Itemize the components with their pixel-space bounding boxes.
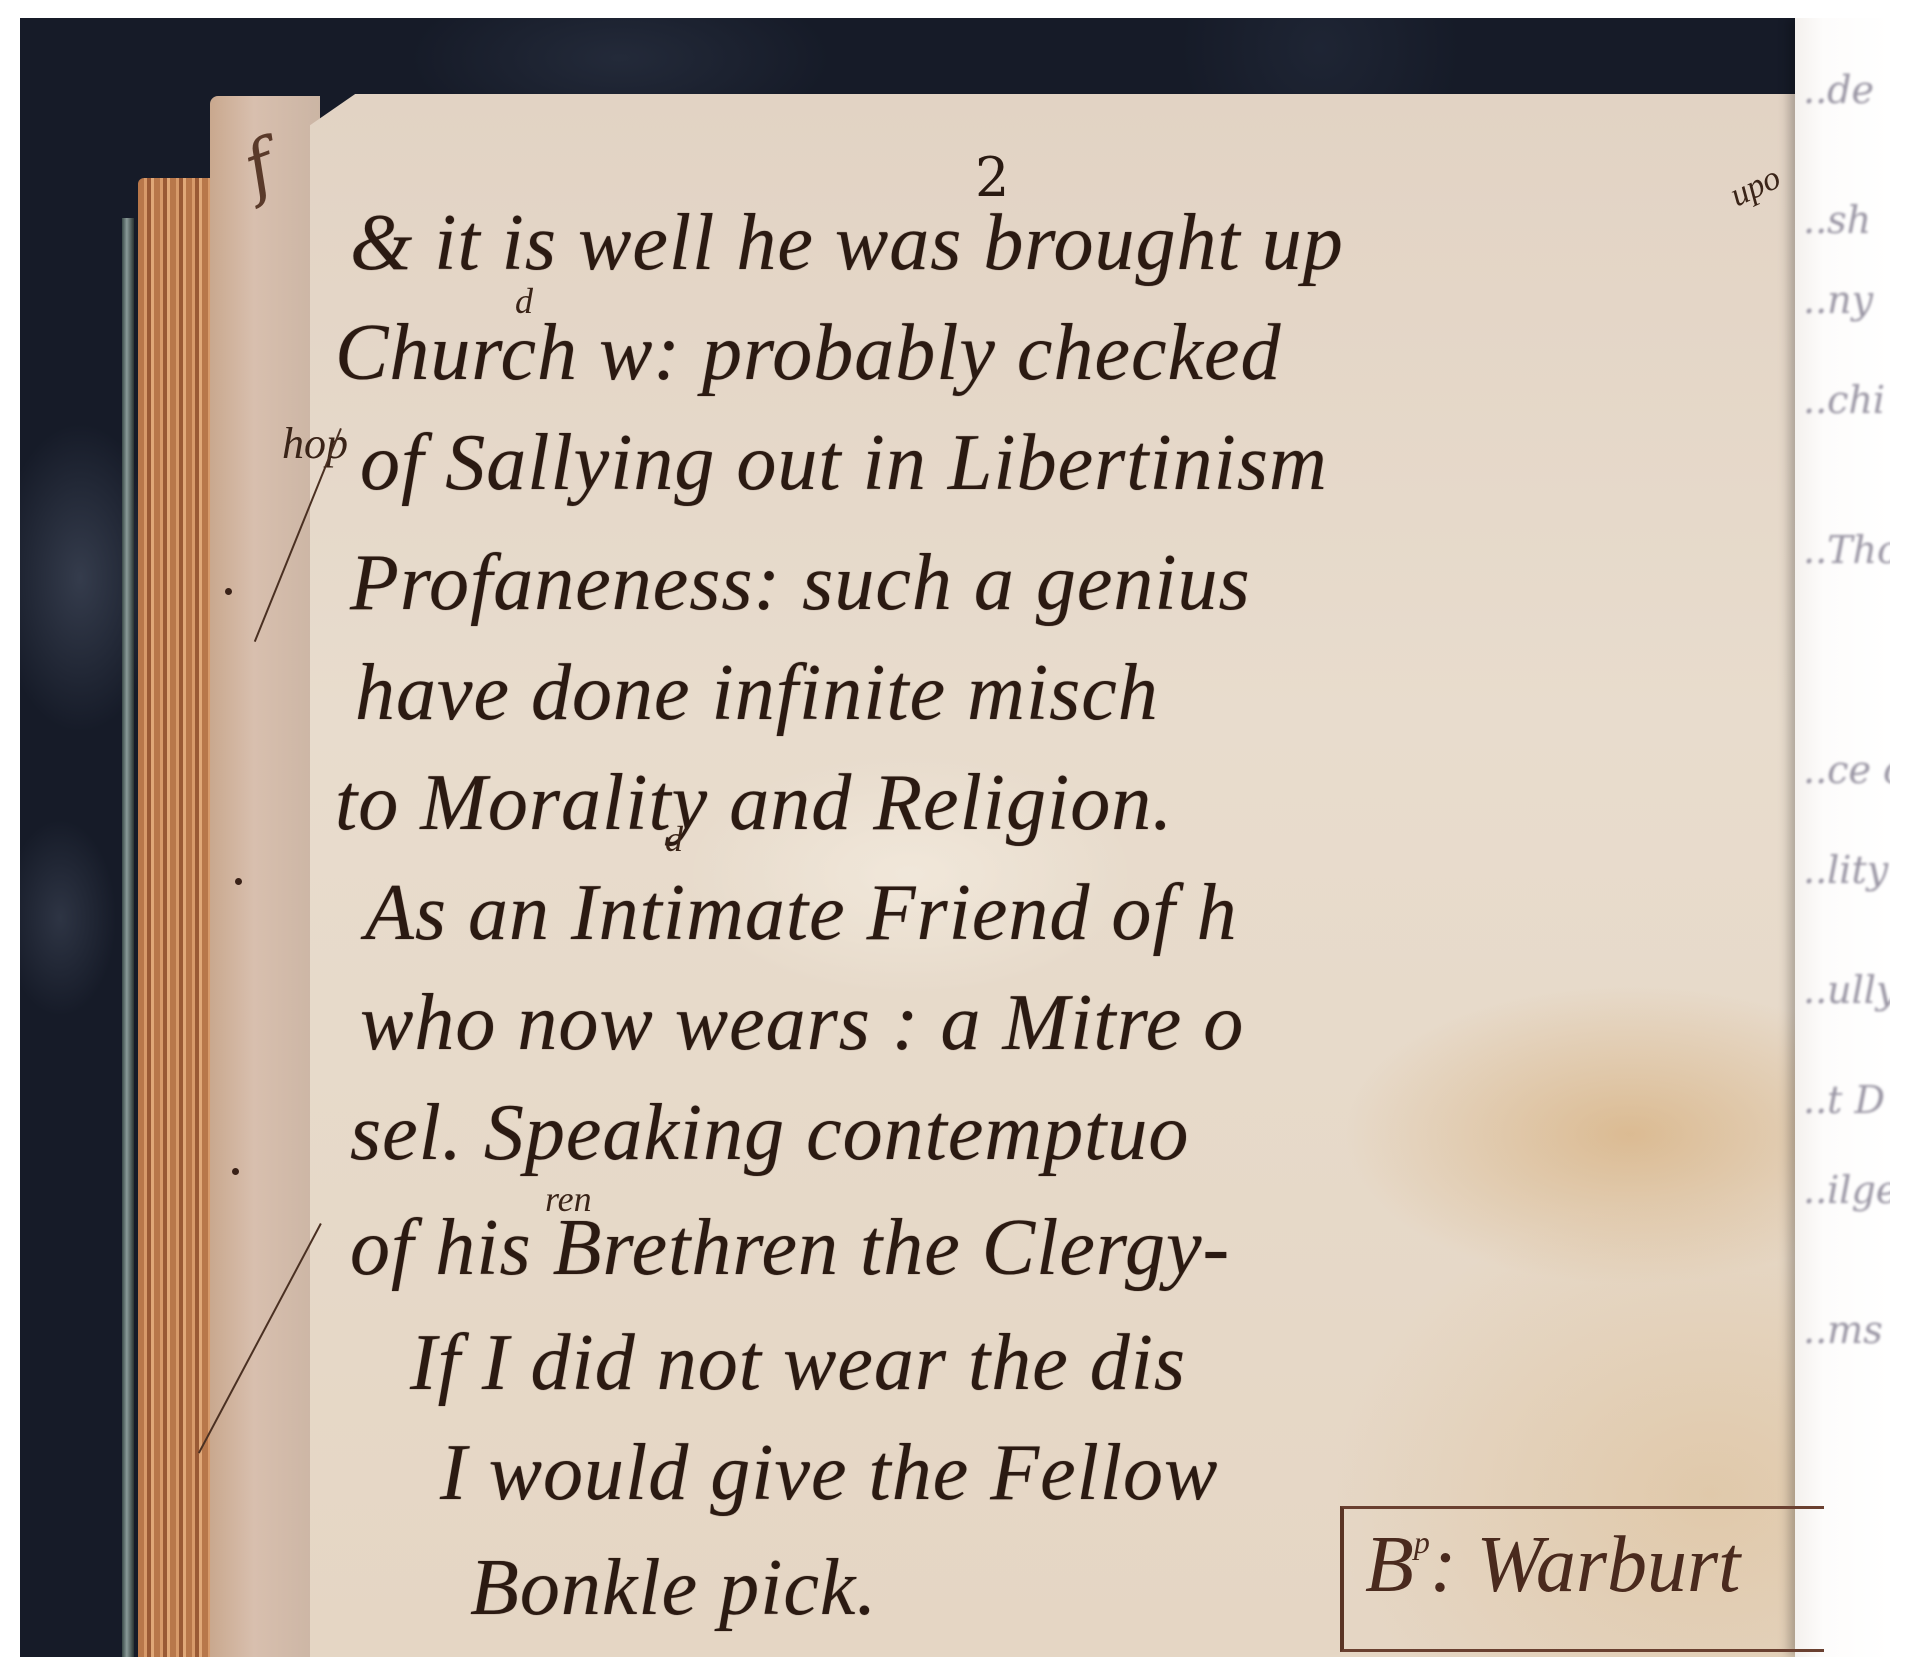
facing-page-fragment: ..chi [1803,378,1885,422]
facing-page-fragment: ..t D [1803,1078,1885,1122]
attribution-name: : Warburt [1430,1521,1740,1609]
attribution-superscript: p [1414,1524,1430,1560]
manuscript-line-4: Profaneness: such a genius [350,538,1251,629]
margin-note-left: hop [282,418,348,469]
facing-page-fragment: ..lity [1803,848,1888,892]
manuscript-line-2: Church w: probably checked [335,308,1281,399]
facing-page-fragment: ..ilge [1803,1168,1890,1212]
facing-page-fragment: ..sh [1803,198,1871,242]
book-spine [122,218,134,1657]
facing-page-fragment: ..ms in [1803,1308,1890,1352]
previous-page-edge: f [210,96,320,1657]
manuscript-line-8: who now wears : a Mitre o [360,978,1244,1069]
facing-page-fragment: ..ully [1803,968,1890,1012]
manuscript-line-7: As an Intimate Friend of h [365,868,1238,959]
ink-dot [235,878,242,885]
attribution-signature: Bp: Warburt [1365,1520,1740,1611]
facing-page-fragment: ..de [1803,68,1874,112]
manuscript-line-11: If I did not wear the dis [410,1318,1186,1409]
manuscript-line-3: of Sallying out in Libertinism [360,418,1328,509]
facing-page: ..de ..sh ..ny ..chi ..Tho ..ce cu ..lit… [1795,18,1890,1657]
ink-dot [225,588,232,595]
facing-page-fragment: ..Tho [1803,528,1890,572]
attribution-prefix: B [1365,1521,1414,1609]
previous-page-margin-mark: f [233,124,285,210]
manuscript-photograph: f ..de ..sh ..ny ..chi ..Tho ..ce cu ..l… [20,18,1890,1657]
manuscript-line-5: have done infinite misch [355,648,1159,739]
interlinear-insertion: d [665,818,683,860]
manuscript-line-13: Bonkle pick. [470,1543,877,1634]
stacked-page-edges [138,178,210,1657]
manuscript-line-12: I would give the Fellow [440,1428,1218,1519]
manuscript-line-1: & it is well he was brought up [350,198,1344,289]
manuscript-line-10: of his Brethren the Clergy- [350,1203,1230,1294]
manuscript-line-9: sel. Speaking contemptuo [350,1088,1189,1179]
facing-page-fragment: ..ce cu [1803,748,1890,792]
facing-page-fragment: ..ny [1803,278,1873,322]
manuscript-line-6: to Morality and Religion. [335,758,1173,849]
ink-dot [232,1168,239,1175]
